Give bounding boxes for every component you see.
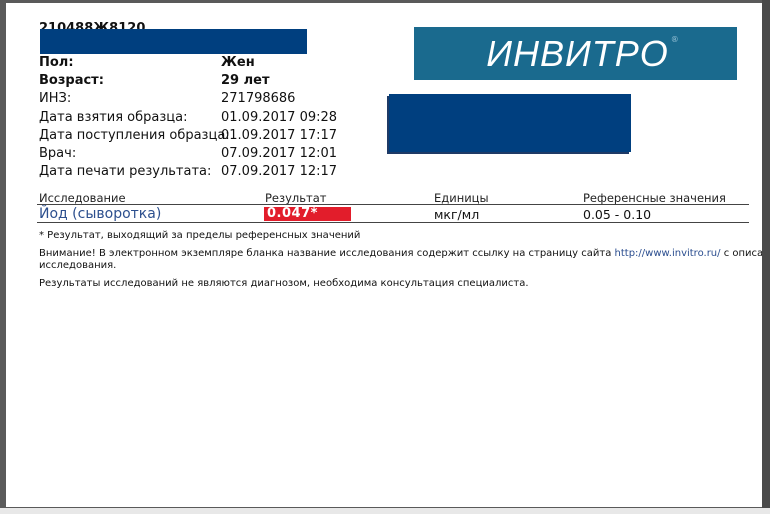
patient-field-value: 01.09.2017 17:17 <box>221 128 337 143</box>
patient-field-value: Жен <box>221 55 255 70</box>
column-header-reference: Референсные значения <box>583 191 726 205</box>
logo-text: ИНВИТРО <box>486 33 669 75</box>
patient-field-value: 271798686 <box>221 91 295 106</box>
attention-text: Внимание! В электронном экземпляре бланк… <box>39 248 615 259</box>
invitro-link[interactable]: http://www.invitro.ru/ <box>615 248 721 259</box>
patient-field-label: Дата печати результата: <box>39 164 211 179</box>
result-units: мкг/мл <box>434 207 479 222</box>
result-value: 0.047* <box>267 206 318 221</box>
patient-field-value: 01.09.2017 09:28 <box>221 110 337 125</box>
table-header-divider <box>37 204 749 205</box>
patient-field-label: Возраст: <box>39 73 104 88</box>
report-page: 210488Ж8120 ИНВИТРО ® Пол:ЖенВозраст:29 … <box>6 3 762 507</box>
result-flag-badge: 0.047* <box>264 207 351 221</box>
footnote: * Результат, выходящий за пределы рефере… <box>39 230 360 241</box>
registered-mark-icon: ® <box>671 35 679 44</box>
reference-range: 0.05 - 0.10 <box>583 207 651 222</box>
redacted-patient-name <box>40 29 307 54</box>
viewer-bottom-edge <box>0 508 770 514</box>
test-name-link[interactable]: Йод (сыворотка) <box>39 206 161 222</box>
patient-field-value: 07.09.2017 12:01 <box>221 146 337 161</box>
column-header-units: Единицы <box>434 191 489 205</box>
patient-field-value: 29 лет <box>221 73 270 88</box>
invitro-logo: ИНВИТРО ® <box>414 27 737 80</box>
column-header-test: Исследование <box>39 191 126 205</box>
viewer-scrollbar-edge <box>762 0 770 514</box>
table-bottom-divider <box>37 222 749 223</box>
patient-field-label: Пол: <box>39 55 74 70</box>
column-header-result: Результат <box>265 191 327 205</box>
patient-field-value: 07.09.2017 12:17 <box>221 164 337 179</box>
patient-field-label: ИНЗ: <box>39 91 71 106</box>
patient-field-label: Дата взятия образца: <box>39 110 187 125</box>
patient-field-label: Дата поступления образца: <box>39 128 230 143</box>
attention-note: Внимание! В электронном экземпляре бланк… <box>39 248 770 259</box>
patient-field-label: Врач: <box>39 146 76 161</box>
redacted-block <box>389 94 631 152</box>
disclaimer: Результаты исследований не являются диаг… <box>39 278 529 289</box>
attention-note-line2: исследования. <box>39 260 116 271</box>
